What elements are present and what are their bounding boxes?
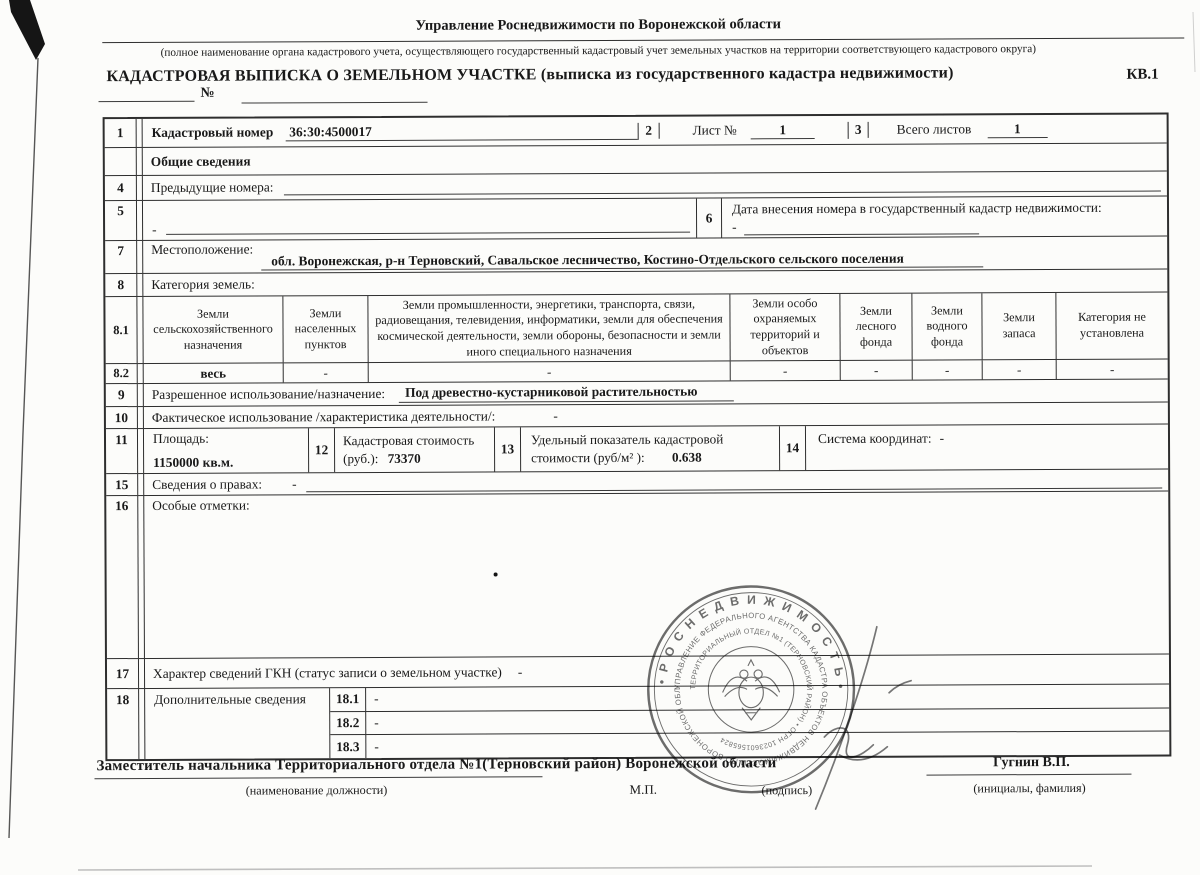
row-number: 11 — [106, 429, 138, 473]
actual-use-label: Фактическое использование /характеристик… — [152, 408, 496, 425]
form-code: КВ.1 — [1126, 67, 1158, 84]
cell-number-12: 12 — [309, 428, 335, 472]
cell-number-2: 2 — [639, 123, 660, 139]
category-value-settlements: - — [284, 363, 369, 382]
row-number: 18 — [107, 689, 139, 759]
category-header-forest: Земли лесного фонда — [840, 294, 912, 360]
cadastral-cost-cell: Кадастровая стоимость (руб.): 73370 — [335, 427, 495, 472]
cadastral-number-cell: Кадастровый номер 36:30:4500017 — [143, 122, 639, 141]
number-blank-line-right — [242, 102, 428, 104]
row-location: 7 Местоположение: обл. Воронежская, р-н … — [105, 236, 1167, 274]
row-actual-use: 10 Фактическое использование /характерис… — [106, 402, 1168, 429]
row-5-6: 5 - 6 Дата внесения номера в государстве… — [105, 196, 1167, 241]
row-number: 7 — [105, 241, 137, 273]
sub-row-number: 18.3 — [330, 735, 366, 758]
row-number: 1 — [105, 119, 137, 147]
row-number: 17 — [107, 659, 139, 688]
actual-use-value: - — [553, 408, 558, 424]
additional-info-label-cell: Дополнительные сведения — [145, 688, 330, 759]
row-cadastral-number: 1 Кадастровый номер 36:30:4500017 2 Лист… — [105, 115, 1167, 148]
cell-number-6: 6 — [696, 198, 722, 237]
row-general-title: Общие сведения — [105, 143, 1167, 176]
sub-row-number: 18.2 — [330, 712, 366, 735]
location-value: обл. Воронежская, р-н Терновский, Саваль… — [261, 250, 983, 270]
row-area-cost: 11 Площадь: 1150000 кв.м. 12 Кадастровая… — [106, 424, 1168, 474]
gkn-status-value: - — [518, 664, 523, 680]
row-number: 8.1 — [105, 297, 137, 363]
sub-row-number: 18.1 — [330, 688, 366, 711]
row-number: 9 — [106, 384, 138, 406]
org-caption: (полное наименование органа кадастрового… — [0, 42, 1198, 59]
category-header-industry: Земли промышленности, энергетики, трансп… — [368, 294, 730, 362]
special-notes-label: Особые отметки: — [152, 498, 250, 514]
cadastral-cost-value: 73370 — [388, 451, 421, 466]
name-underline — [926, 774, 1131, 776]
total-sheets-cell: Всего листов 1 — [869, 120, 1167, 138]
category-value-forest: - — [841, 361, 913, 380]
name-caption: (инициалы, фамилия) — [920, 781, 1140, 797]
area-value: 1150000 кв.м. — [153, 454, 304, 471]
blank-line — [167, 231, 691, 235]
gkn-date-value: - — [732, 219, 737, 235]
land-category-label: Категория земель: — [151, 277, 255, 293]
position-underline — [94, 776, 542, 779]
gkn-date-cell: Дата внесения номера в государственный к… — [722, 197, 1167, 238]
specific-cost-value: 0.638 — [672, 450, 702, 465]
number-sign: № — [200, 86, 214, 102]
cell-number-14: 14 — [780, 426, 806, 470]
previous-numbers-label: Предыдущие номера: — [151, 179, 274, 196]
row-category-headers: 8.1 Земли сельскохозяйственного назначен… — [105, 292, 1167, 364]
cell-number-3: 3 — [849, 122, 869, 138]
area-label: Площадь: — [153, 430, 304, 447]
total-sheets-label: Всего листов — [897, 121, 972, 137]
category-header-settlements: Земли населенных пунктов — [283, 296, 368, 362]
category-value-protected: - — [731, 361, 841, 380]
category-header-reserve: Земли запаса — [982, 293, 1056, 359]
row-number: 4 — [105, 176, 137, 200]
org-name: Управление Роснедвижимости по Воронежско… — [0, 14, 1198, 36]
area-cell: Площадь: 1150000 кв.м. — [144, 428, 309, 473]
row-number: 8 — [105, 274, 137, 296]
category-header-protected: Земли особо охраняемых территорий и объе… — [730, 294, 840, 360]
coordinate-system-value: - — [940, 430, 945, 446]
number-blank-line-left — [99, 101, 195, 102]
gkn-status-label: Характер сведений ГКН (статус записи о з… — [153, 664, 502, 682]
permitted-use-value: Под древестно-кустарниковой растительнос… — [399, 383, 734, 402]
category-value-not-set: - — [1057, 360, 1168, 379]
row-number: 8.2 — [106, 364, 138, 383]
row-number: 16 — [106, 496, 139, 658]
cell-number-13: 13 — [495, 427, 521, 471]
rights-label: Сведения о правах: — [152, 476, 262, 492]
row5-value: - — [152, 222, 157, 238]
row-previous-numbers: 4 Предыдущие номера: — [105, 171, 1167, 201]
permitted-use-label: Разрешенное использование/назначение: — [152, 386, 385, 403]
gkn-date-label: Дата внесения номера в государственный к… — [732, 200, 1161, 218]
location-label: Местоположение: — [151, 242, 253, 258]
row-number: 15 — [106, 474, 138, 495]
row-land-category: 8 Категория земель: — [105, 269, 1167, 297]
position-caption: (наименование должности) — [152, 783, 482, 799]
cadastral-number-value: 36:30:4500017 — [285, 122, 637, 141]
row-permitted-use: 9 Разрешенное использование/назначение: … — [106, 379, 1168, 407]
category-header-water: Земли водного фонда — [912, 293, 982, 359]
main-table: 1 Кадастровый номер 36:30:4500017 2 Лист… — [103, 113, 1172, 762]
row-number-empty — [105, 148, 137, 175]
additional-info-label: Дополнительные сведения — [154, 691, 306, 708]
row-special-notes: 16 Особые отметки: — [106, 491, 1169, 659]
row-number: 5 — [105, 201, 137, 240]
specific-cost-cell: Удельный показатель кадастровой стоимост… — [521, 426, 780, 471]
handwritten-signature — [769, 597, 920, 828]
category-header-not-set: Категория не установлена — [1056, 293, 1167, 359]
row-number: 10 — [106, 407, 138, 428]
coordinate-system-cell: Система координат: - — [806, 425, 1168, 471]
row-rights: 15 Сведения о правах: - — [106, 469, 1168, 496]
coordinate-system-label: Система координат: — [818, 431, 932, 447]
signer-name: Гугнин В.П. — [931, 755, 1131, 772]
row5-value-cell: - — [143, 199, 696, 240]
blank-line — [307, 486, 1163, 492]
blank-line — [284, 190, 1161, 196]
scanned-cadastral-extract-page: Управление Роснедвижимости по Воронежско… — [0, 0, 1200, 875]
rights-value: - — [292, 476, 297, 492]
document-body: Управление Роснедвижимости по Воронежско… — [0, 0, 1200, 875]
category-value-agricultural: весь — [144, 363, 284, 383]
cadastral-number-label: Кадастровый номер — [152, 124, 274, 141]
blank-line — [745, 220, 980, 235]
document-title: КАДАСТРОВАЯ ВЫПИСКА О ЗЕМЕЛЬНОМ УЧАСТКЕ … — [106, 64, 1116, 86]
category-header-agricultural: Земли сельскохозяйственного назначения — [143, 296, 283, 363]
general-title: Общие сведения — [151, 153, 251, 169]
total-sheets-value: 1 — [987, 121, 1047, 138]
category-value-water: - — [913, 360, 983, 379]
sheet-cell: Лист № 1 — [660, 121, 849, 139]
category-value-industry: - — [369, 361, 731, 382]
sheet-label: Лист № — [693, 122, 737, 138]
category-value-reserve: - — [983, 360, 1057, 379]
sheet-value: 1 — [751, 122, 815, 139]
